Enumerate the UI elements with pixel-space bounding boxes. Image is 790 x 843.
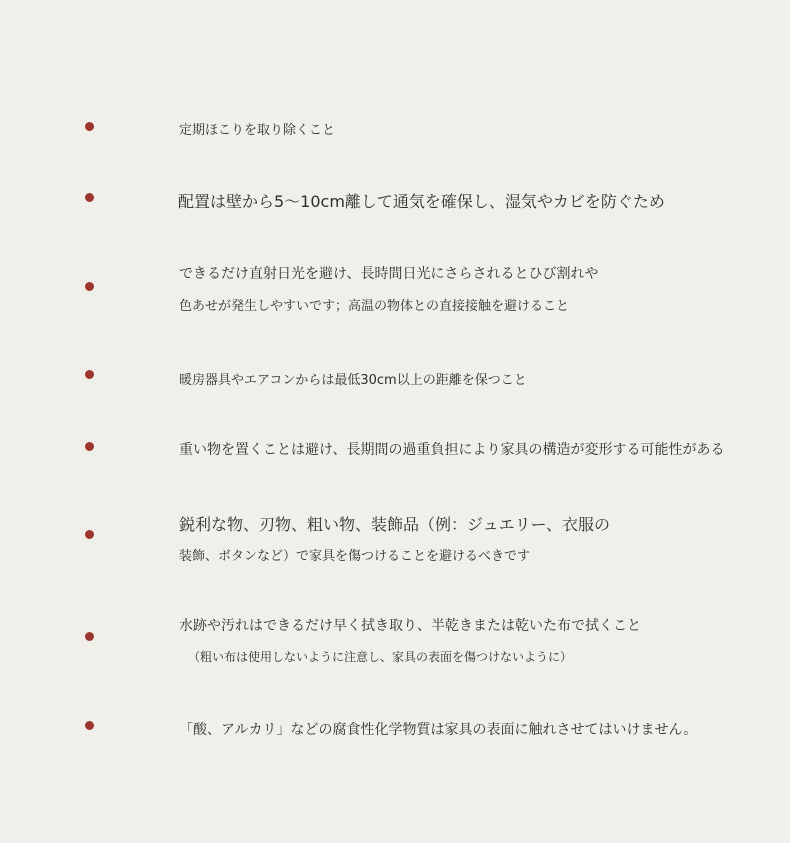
- bullet-dot-icon: [85, 122, 94, 131]
- bullet-dot-icon: [85, 193, 94, 202]
- list-item-text: 定期ほこりを取り除くこと: [179, 119, 335, 138]
- list-item-text: 重い物を置くことは避け、長期間の過重負担により家具の構造が変形する可能性がある: [179, 439, 724, 459]
- list-item-text: 「酸、アルカリ」などの腐食性化学物質は家具の表面に触れさせてはいけません。: [179, 719, 697, 739]
- bullet-dot-icon: [85, 442, 94, 451]
- list-item-text-line-1: 水跡や汚れはできるだけ早く拭き取り、半乾きまたは乾いた布で拭くこと: [179, 615, 641, 635]
- list-item-text-line-1: できるだけ直射日光を避け、長時間日光にさらされるとひび割れや: [179, 263, 598, 283]
- bullet-dot-icon: [85, 632, 94, 641]
- list-item-text-line-1: 鋭利な物、刃物、粗い物、装飾品（例：ジュエリー、衣服の: [179, 512, 610, 535]
- list-item-text-line-2: 装飾、ボタンなど）で家具を傷つけることを避けるべきです: [179, 545, 530, 564]
- list-item-text-line-2: 色あせが発生しやすいです；高温の物体との直接接触を避けること: [179, 295, 569, 314]
- bullet-dot-icon: [85, 530, 94, 539]
- bullet-dot-icon: [85, 282, 94, 291]
- list-item-text: 暖房器具やエアコンからは最低30cm以上の距離を保つこと: [179, 369, 527, 388]
- list-item-text: 配置は壁から5〜10cm離して通気を確保し、湿気やカビを防ぐため: [178, 189, 665, 212]
- bullet-dot-icon: [85, 370, 94, 379]
- bullet-dot-icon: [85, 721, 94, 730]
- list-item-text-line-2: （粗い布は使用しないように注意し、家具の表面を傷つけないように）: [188, 648, 572, 665]
